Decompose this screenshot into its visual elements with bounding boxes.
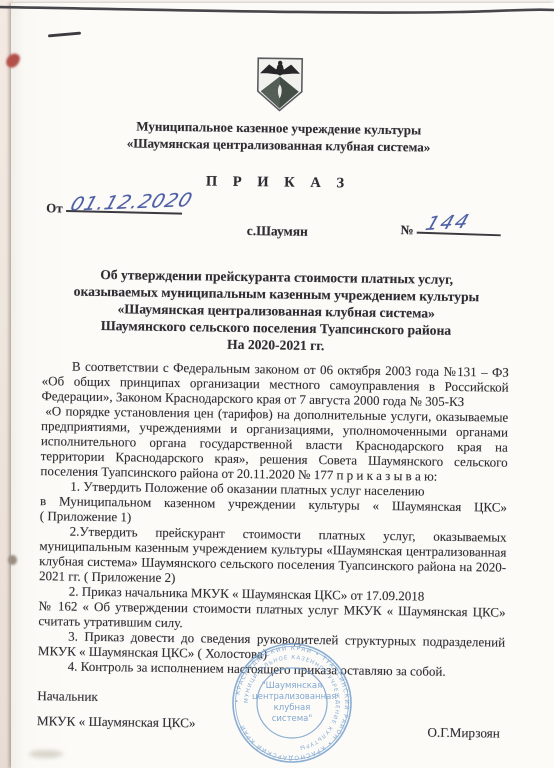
document-type-heading: П Р И К А З xyxy=(44,171,511,195)
item-2: 2.Утвердить прейскурант стоимости платны… xyxy=(39,523,507,590)
scanned-document: Муниципальное казенное учреждение культу… xyxy=(0,0,554,768)
date-field: От 01.12.2020 xyxy=(46,199,182,218)
stamp-center-text: "Шаумянская централизованная клубная сис… xyxy=(252,681,332,725)
order-body: В соответствии с Федеральным законом от … xyxy=(38,358,509,679)
official-round-stamp-icon: • КРАСНОДАРСКИЙ КРАЙ • ТУАПСИНСКИЙ РАЙОН… xyxy=(226,637,358,768)
date-label: От xyxy=(46,200,63,215)
date-number-row: От 01.12.2020 № 144 с.Шаумян xyxy=(43,192,511,263)
organization-name: Муниципальное казенное учреждение культу… xyxy=(45,116,512,157)
signer-name: О.Г.Мирзоян xyxy=(427,725,500,742)
order-title: Об утверждении прейскуранта стоимости пл… xyxy=(42,265,510,357)
scan-smudge xyxy=(29,750,63,758)
intro-paragraph-1: В соответствии с Федеральным законом от … xyxy=(41,358,509,410)
document-page: Муниципальное казенное учреждение культу… xyxy=(11,3,554,768)
intro-paragraph-2: «О порядке установления цен (тарифов) на… xyxy=(40,403,508,485)
coat-of-arms-icon xyxy=(254,56,305,113)
